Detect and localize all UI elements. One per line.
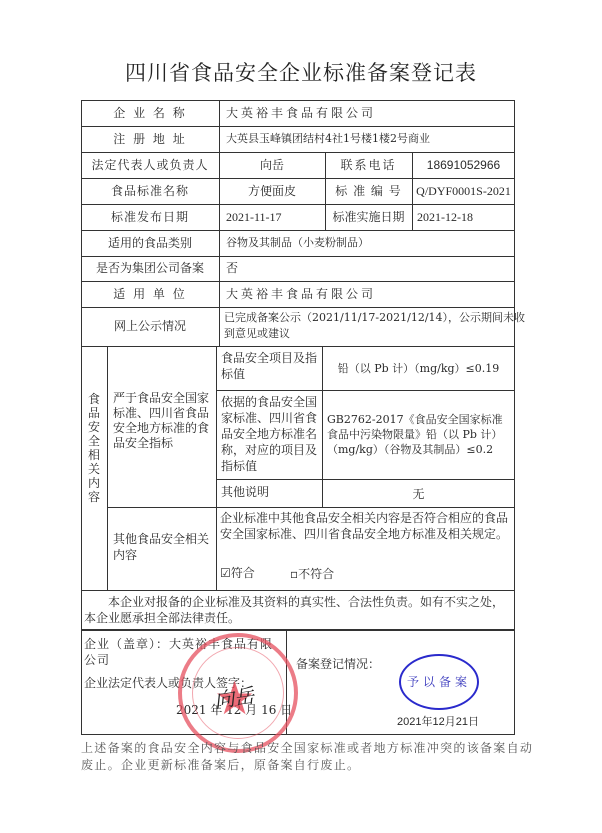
standard-name-value: 方便面皮 — [219, 183, 325, 199]
item-indicator-value: 铅（以 Pb 计）（mg/kg）≤0.19 — [322, 361, 515, 377]
row-divider — [81, 307, 515, 308]
section-char: 全 — [81, 434, 107, 448]
footnote-line2: 废止。企业更新标准备案后，原备案自行废止。 — [81, 756, 360, 773]
contact-phone-label: 联系电话 — [325, 157, 412, 173]
other-notes-value: 无 — [322, 486, 515, 502]
online-publicity-value-line1: 已完成备案公示（2021/11/17-2021/12/14），公示期间未收 — [224, 310, 525, 326]
row-divider — [81, 281, 515, 282]
row-divider — [81, 590, 515, 591]
food-category-label: 适用的食品类别 — [81, 235, 219, 251]
online-publicity-label: 网上公示情况 — [81, 318, 219, 334]
row-divider — [216, 390, 515, 391]
company-name-value: 大英裕丰食品有限公司 — [226, 105, 376, 121]
contact-phone-value: 18691052966 — [412, 157, 515, 173]
legal-rep-label: 法定代表人或负责人 — [81, 157, 219, 173]
section-char: 食 — [81, 392, 107, 406]
basis-standard-label: 依据的食品安全国家标准、四川省食品安全地方标准名称，对应的项目及指标值 — [221, 394, 321, 474]
publish-date-value: 2021-11-17 — [226, 209, 282, 225]
group-filing-label: 是否为集团公司备案 — [81, 260, 219, 276]
registration-label: 备案登记情况： — [296, 656, 380, 672]
row-divider — [81, 256, 515, 257]
approval-stamp: 予以备案 — [399, 654, 479, 710]
registered-address-value: 大英县玉峰镇团结村4社1号楼1楼2号商业 — [226, 131, 430, 147]
food-category-value: 谷物及其制品（小麦粉制品） — [226, 235, 369, 251]
applicable-unit-label: 适 用 单 位 — [81, 286, 219, 302]
item-indicator-label: 食品安全项目及指标值 — [221, 350, 319, 382]
group-filing-value: 否 — [226, 260, 238, 276]
safety-section-label: 食 品 安 全 相 关 内 容 — [81, 392, 107, 504]
registration-date: 2021年12月21日 — [397, 714, 479, 730]
registered-address-label: 注 册 地 址 — [81, 131, 219, 147]
basis-standard-value: GB2762-2017《食品安全国家标准 食品中污染物限量》铅（以 Pb 计）（… — [327, 412, 512, 457]
row-divider — [81, 204, 515, 205]
document-title: 四川省食品安全企业标准备案登记表 — [0, 57, 602, 87]
applicable-unit-value: 大英裕丰食品有限公司 — [226, 286, 376, 302]
other-safety-label: 其他食品安全相关内容 — [113, 531, 213, 563]
row-divider — [81, 178, 515, 179]
online-publicity-value-line2: 到意见或建议 — [224, 326, 290, 342]
section-char: 关 — [81, 462, 107, 476]
standard-number-value: Q/DYF0001S-2021 — [412, 183, 515, 199]
compliant-checkbox[interactable]: ☑符合 — [220, 565, 255, 581]
section-char: 容 — [81, 490, 107, 504]
section-char: 内 — [81, 476, 107, 490]
legal-rep-value: 向岳 — [219, 157, 325, 173]
col-divider — [107, 346, 108, 590]
company-name-label: 企 业 名 称 — [81, 105, 219, 121]
row-divider — [81, 152, 515, 153]
effective-date-value: 2021-12-18 — [417, 209, 473, 225]
row-divider — [81, 346, 515, 347]
col-divider — [219, 100, 220, 346]
col-divider — [216, 346, 217, 590]
other-safety-question: 企业标准中其他食品安全相关内容是否符合相应的食品安全国家标准、四川省食品安全地方… — [220, 510, 512, 542]
section-char: 安 — [81, 420, 107, 434]
footnote-line1: 上述备案的食品安全内容与食品安全国家标准或者地方标准冲突的该备案自动 — [81, 739, 533, 756]
standard-name-label: 食品标准名称 — [81, 183, 219, 199]
handwritten-signature: 向岳 — [212, 679, 256, 713]
declaration-text: 本企业对报备的企业标准及其资料的真实性、合法性负责。如有不实之处，本企业愿承担全… — [84, 594, 512, 626]
row-divider — [81, 126, 515, 127]
noncompliant-checkbox[interactable]: ▫不符合 — [290, 566, 334, 582]
row-divider — [107, 507, 515, 508]
standard-number-label: 标 准 编 号 — [325, 183, 412, 199]
section-char: 相 — [81, 448, 107, 462]
publish-date-label: 标准发布日期 — [81, 209, 219, 225]
row-divider — [81, 230, 515, 231]
other-notes-label: 其他说明 — [221, 484, 269, 500]
section-char: 品 — [81, 406, 107, 420]
row-divider — [216, 479, 515, 480]
effective-date-label: 标准实施日期 — [325, 209, 412, 225]
stricter-indicators-label: 严于食品安全国家标准、四川省食品安全地方标准的食品安全指标 — [113, 391, 213, 451]
